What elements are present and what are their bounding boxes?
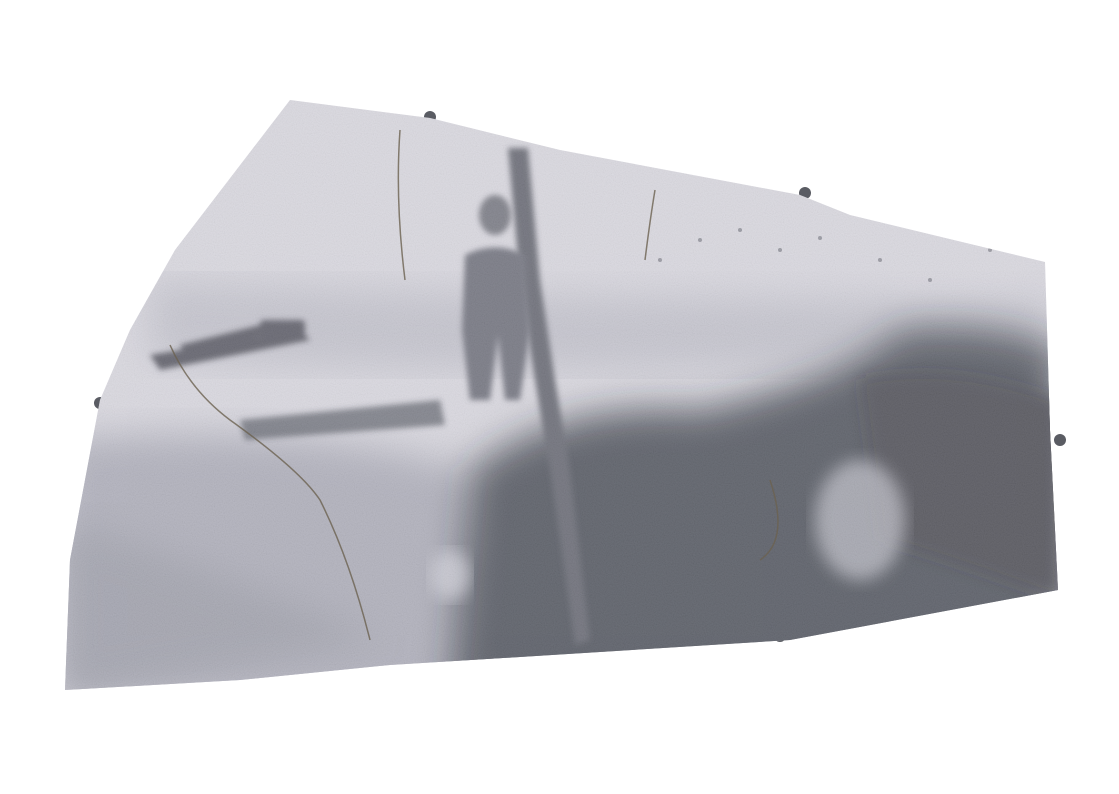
plate-fragment-image — [0, 0, 1119, 794]
plate — [0, 0, 1119, 794]
